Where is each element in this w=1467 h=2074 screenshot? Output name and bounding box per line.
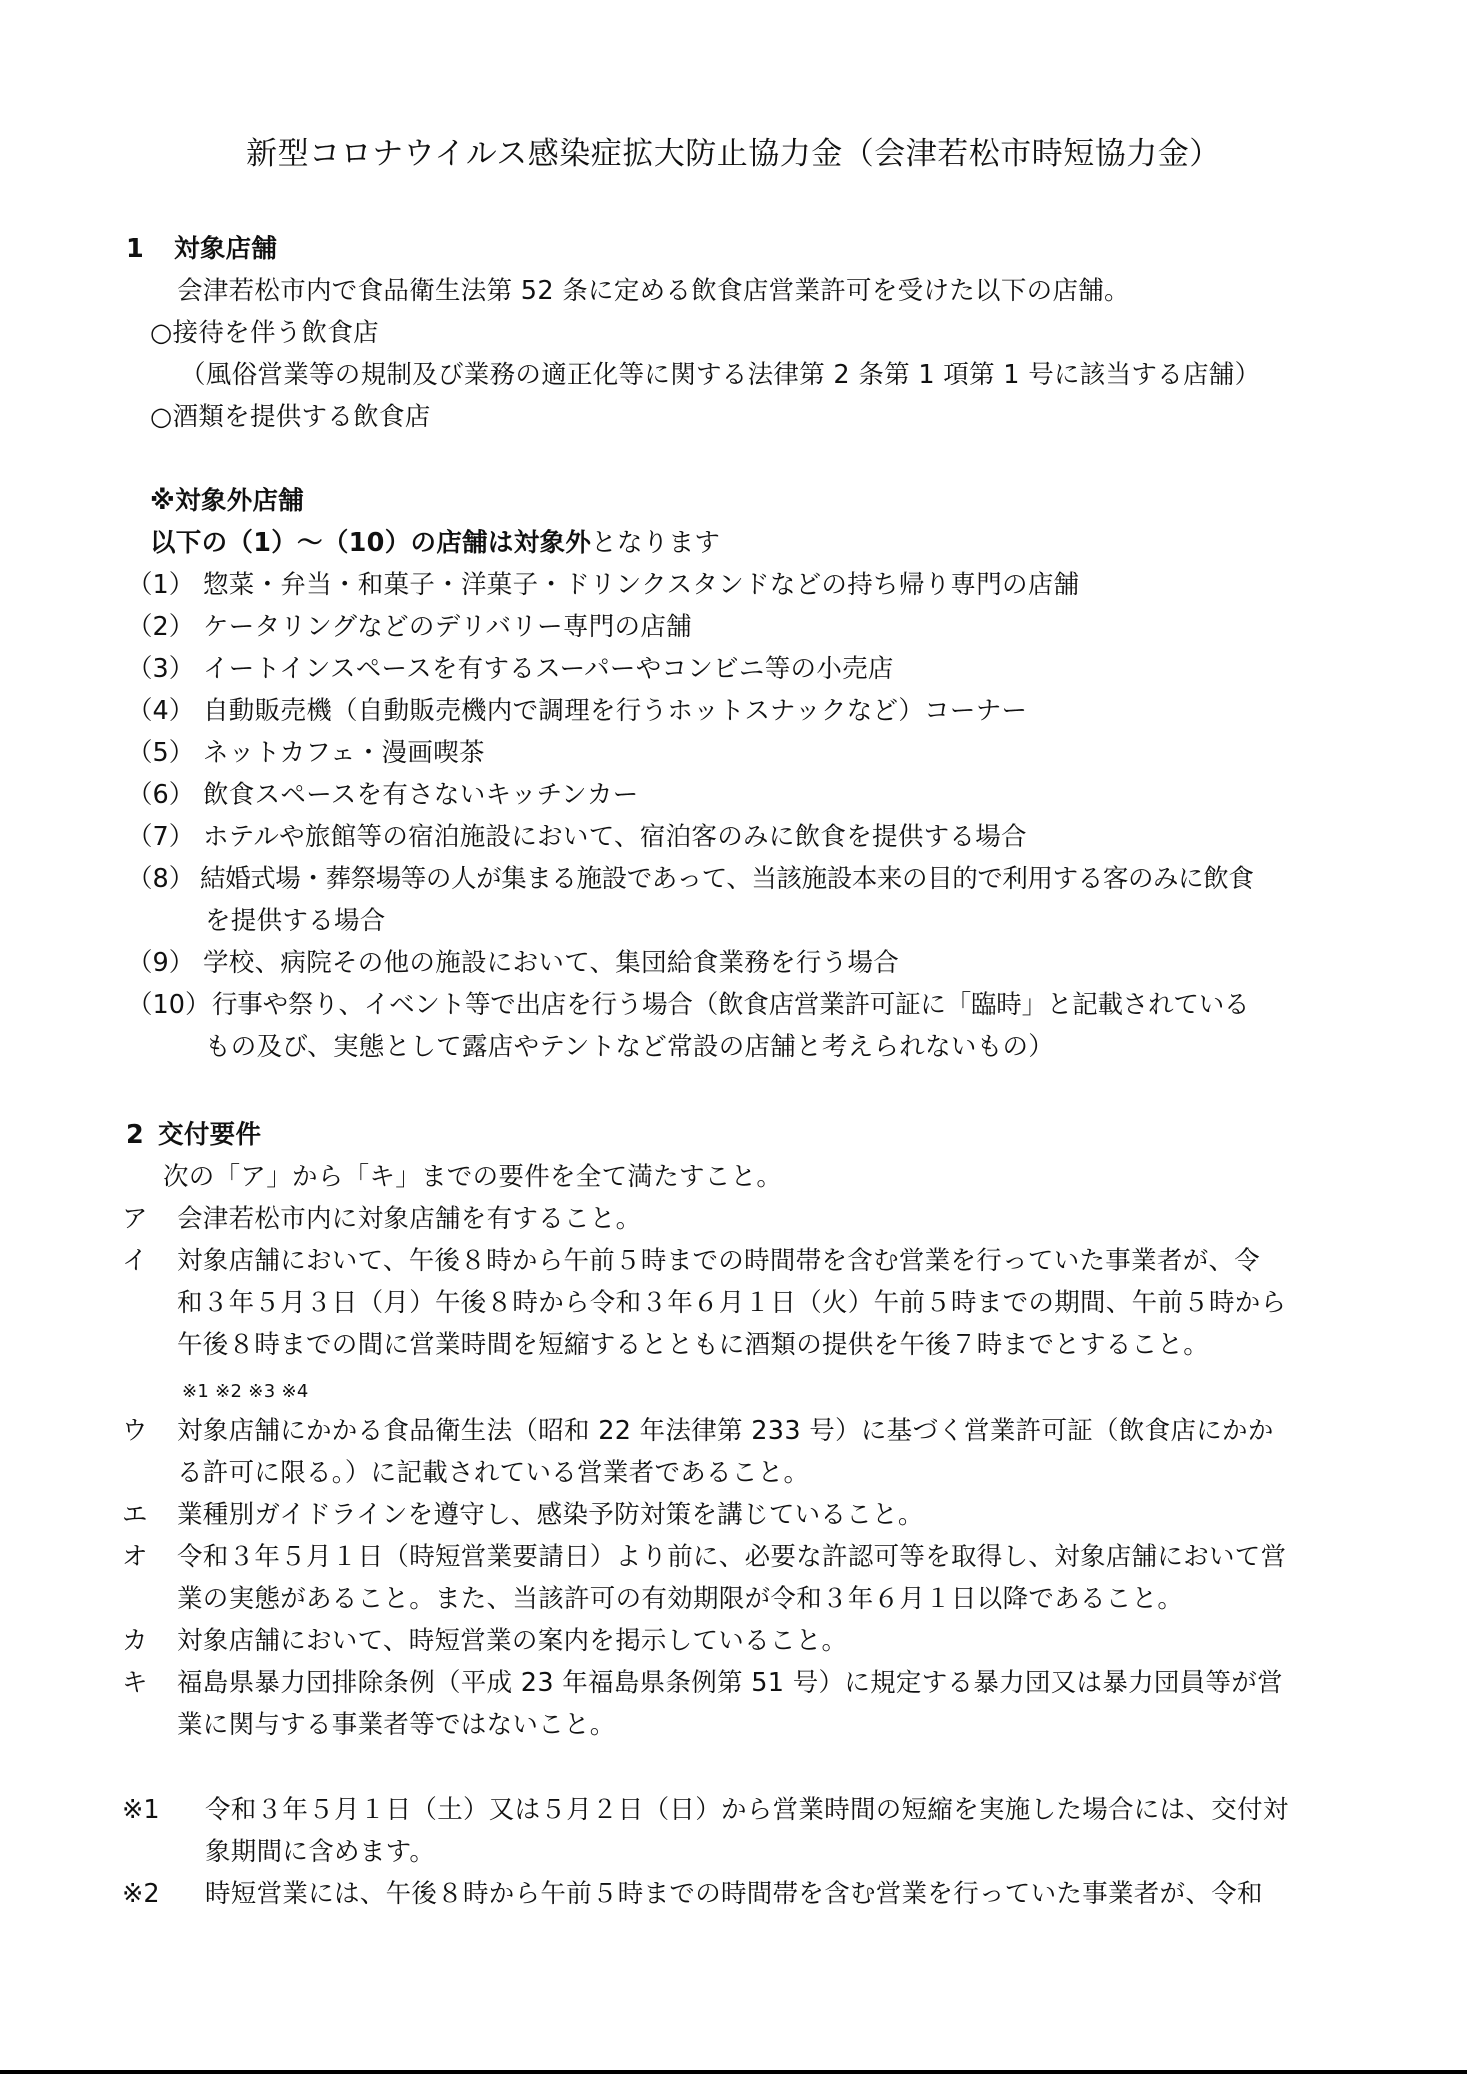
excluded-item-text: 飲食スペースを有さないキッチンカー bbox=[203, 778, 639, 812]
excluded-item-text-cont: を提供する場合 bbox=[205, 904, 386, 938]
section1-heading: 1対象店舗 bbox=[126, 232, 277, 266]
section2-title: 交付要件 bbox=[158, 1120, 261, 1150]
document-title: 新型コロナウイルス感染症拡大防止協力金（会津若松市時短協力金） bbox=[0, 134, 1467, 174]
requirement-text-cont: 業に関与する事業者等ではないこと。 bbox=[177, 1708, 616, 1742]
excluded-item-label: （1） bbox=[127, 568, 194, 602]
excluded-item-label: （8） bbox=[127, 862, 194, 896]
section2-intro: 次の「ア」から「キ」までの要件を全て満たすこと。 bbox=[163, 1160, 782, 1194]
note-text: 令和３年５月１日（土）又は５月２日（日）から営業時間の短縮を実施した場合には、交… bbox=[205, 1793, 1289, 1827]
note-label: ※1 bbox=[122, 1793, 160, 1827]
requirement-label: ウ bbox=[122, 1414, 148, 1448]
requirement-text-cont: 和３年５月３日（月）午後８時から令和３年６月１日（火）午前５時までの期間、午前５… bbox=[177, 1286, 1286, 1320]
section1-intro: 会津若松市内で食品衛生法第 52 条に定める飲食店営業許可を受けた以下の店舗。 bbox=[177, 274, 1130, 308]
excluded-lead-bold: 以下の（1）～（10）の店舗は対象外 bbox=[150, 528, 591, 558]
excluded-lead-normal: となります bbox=[591, 528, 720, 558]
excluded-item-text-cont: もの及び、実態として露店やテントなど常設の店舗と考えられないもの） bbox=[205, 1030, 1054, 1064]
section2-heading: 2交付要件 bbox=[126, 1118, 261, 1152]
requirement-text: 対象店舗において、午後８時から午前５時までの時間帯を含む営業を行っていた事業者が… bbox=[177, 1244, 1260, 1278]
section1-item: ○酒類を提供する飲食店 bbox=[150, 400, 431, 434]
requirement-text-cont: る許可に限る。）に記載されている営業者であること。 bbox=[177, 1456, 809, 1490]
requirement-footnote-refs: ※1 ※2 ※3 ※4 bbox=[182, 1380, 309, 1404]
requirement-text: 業種別ガイドラインを遵守し、感染予防対策を講じていること。 bbox=[177, 1498, 924, 1532]
excluded-heading: ※対象外店舗 bbox=[150, 484, 304, 518]
requirement-label: イ bbox=[122, 1244, 148, 1278]
document-page: 新型コロナウイルス感染症拡大防止協力金（会津若松市時短協力金） 1対象店舗 会津… bbox=[0, 0, 1467, 2074]
section2-number: 2 bbox=[126, 1120, 144, 1150]
excluded-lead: 以下の（1）～（10）の店舗は対象外となります bbox=[150, 526, 720, 560]
requirement-text: 令和３年５月１日（時短営業要請日）より前に、必要な許認可等を取得し、対象店舗にお… bbox=[177, 1540, 1286, 1574]
requirement-label: エ bbox=[122, 1498, 148, 1532]
requirement-label: カ bbox=[122, 1624, 148, 1658]
excluded-item-label: （10） bbox=[127, 988, 210, 1022]
excluded-item-text: イートインスペースを有するスーパーやコンビニ等の小売店 bbox=[203, 652, 894, 686]
section1-item: ○接待を伴う飲食店 bbox=[150, 316, 379, 350]
requirement-text: 対象店舗にかかる食品衛生法（昭和 22 年法律第 233 号）に基づく営業許可証… bbox=[177, 1414, 1274, 1448]
requirement-text: 会津若松市内に対象店舗を有すること。 bbox=[177, 1202, 641, 1236]
excluded-item-text: ネットカフェ・漫画喫茶 bbox=[203, 736, 485, 770]
excluded-item-text: 惣菜・弁当・和菓子・洋菓子・ドリンクスタンドなどの持ち帰り専門の店舗 bbox=[203, 568, 1079, 602]
excluded-item-label: （7） bbox=[127, 820, 194, 854]
note-label: ※2 bbox=[122, 1877, 160, 1911]
excluded-item-label: （2） bbox=[127, 610, 194, 644]
requirement-text-cont: 午後８時までの間に営業時間を短縮するとともに酒類の提供を午後７時までとすること。 bbox=[177, 1328, 1209, 1362]
requirement-label: キ bbox=[122, 1666, 148, 1700]
requirement-text-cont: 業の実態があること。また、当該許可の有効期限が令和３年６月１日以降であること。 bbox=[177, 1582, 1183, 1616]
section1-title: 対象店舗 bbox=[174, 234, 277, 264]
excluded-item-text: ケータリングなどのデリバリー専門の店舗 bbox=[203, 610, 692, 644]
excluded-item-text: 行事や祭り、イベント等で出店を行う場合（飲食店営業許可証に「臨時」と記載されてい… bbox=[212, 988, 1249, 1022]
excluded-item-label: （6） bbox=[127, 778, 194, 812]
section1-item-note: （風俗営業等の規制及び業務の適正化等に関する法律第 2 条第 1 項第 1 号に… bbox=[180, 358, 1260, 392]
excluded-item-label: （9） bbox=[127, 946, 194, 980]
section1-number: 1 bbox=[126, 234, 144, 264]
excluded-item-label: （4） bbox=[127, 694, 194, 728]
excluded-item-text: 自動販売機（自動販売機内で調理を行うホットスナックなど）コーナー bbox=[203, 694, 1027, 728]
requirement-label: オ bbox=[122, 1540, 148, 1574]
excluded-item-label: （5） bbox=[127, 736, 194, 770]
note-text-cont: 象期間に含めます。 bbox=[205, 1835, 435, 1869]
excluded-item-text: 結婚式場・葬祭場等の人が集まる施設であって、当該施設本来の目的で利用する客のみに… bbox=[200, 862, 1253, 896]
requirement-text: 福島県暴力団排除条例（平成 23 年福島県条例第 51 号）に規定する暴力団又は… bbox=[177, 1666, 1283, 1700]
excluded-item-text: ホテルや旅館等の宿泊施設において、宿泊客のみに飲食を提供する場合 bbox=[203, 820, 1027, 854]
requirement-text: 対象店舗において、時短営業の案内を掲示していること。 bbox=[177, 1624, 847, 1658]
page-bottom-border bbox=[0, 2070, 1467, 2074]
note-text: 時短営業には、午後８時から午前５時までの時間帯を含む営業を行っていた事業者が、令… bbox=[205, 1877, 1263, 1911]
excluded-item-text: 学校、病院その他の施設において、集団給食業務を行う場合 bbox=[203, 946, 899, 980]
excluded-item-label: （3） bbox=[127, 652, 194, 686]
requirement-label: ア bbox=[122, 1202, 148, 1236]
